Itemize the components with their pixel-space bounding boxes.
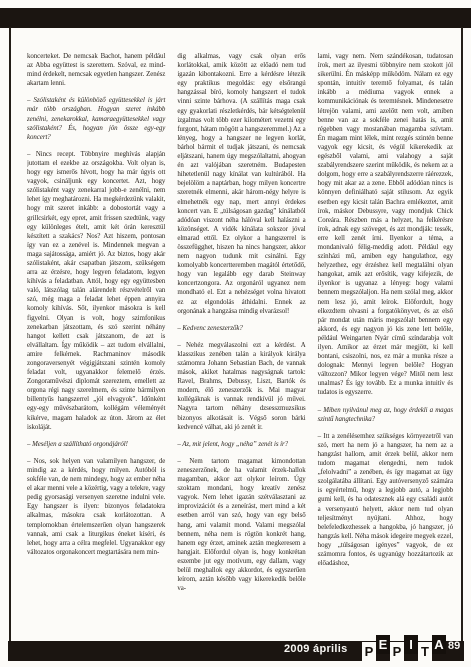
page-number: 89 [448, 640, 460, 652]
text-column-1: koncerteket. De nemcsak Bachot, hanem pé… [27, 52, 165, 642]
interview-question: – Kedvenc zeneszerzők? [177, 324, 305, 333]
logo-tile-p-3: P [390, 642, 404, 661]
text-column-3: lami, vagy nem. Nem szándékosan, tudatos… [318, 52, 453, 642]
pepita-magazine-logo: PEPITA [362, 638, 446, 657]
magazine-page: koncerteket. De nemcsak Bachot, hanem pé… [0, 0, 471, 667]
page-frame-right [461, 27, 463, 642]
issue-date: 2009 április [284, 643, 348, 655]
paragraph: koncerteket. De nemcsak Bachot, hanem pé… [27, 52, 165, 88]
logo-tile-a-6: A [432, 635, 446, 654]
text-column-2: dig alkalmas, vagy csak olyan erős korlá… [177, 52, 305, 642]
paragraph: lami, vagy nem. Nem szándékosan, tudatos… [318, 52, 453, 398]
logo-tile-e-2: E [376, 635, 390, 654]
paragraph: – Nos, sok helyen van valamilyen hangsze… [27, 457, 165, 557]
page-frame-left [9, 27, 11, 642]
logo-tile-t-5: T [418, 642, 432, 661]
paragraph: – Nehéz megválaszolni ezt a kérdést. A k… [177, 341, 305, 432]
interview-question: – Az, mit jelent, hogy „néha” zenét is í… [177, 440, 305, 449]
logo-tile-p-1: P [362, 642, 376, 661]
paragraph: – Itt a zenélésemhez szükséges környezet… [318, 432, 453, 568]
top-header-bar [0, 8, 471, 28]
logo-tile-i-4: I [404, 635, 418, 654]
paragraph: dig alkalmas, vagy csak olyan erős korlá… [177, 52, 305, 316]
paragraph: – Nem tartom magamat kimondottan zenesze… [177, 457, 305, 593]
interview-question: – Meséljen a szállítható orgonájáról! [27, 440, 165, 449]
interview-question: – Szólistaként és különböző együttesekke… [27, 96, 165, 141]
article-text-columns: koncerteket. De nemcsak Bachot, hanem pé… [27, 52, 453, 642]
paragraph: – Nincs recept. Többnyire meghívás alapj… [27, 150, 165, 432]
interview-question: – Miben nyilvánul meg az, hogy érdekli a… [318, 406, 453, 424]
